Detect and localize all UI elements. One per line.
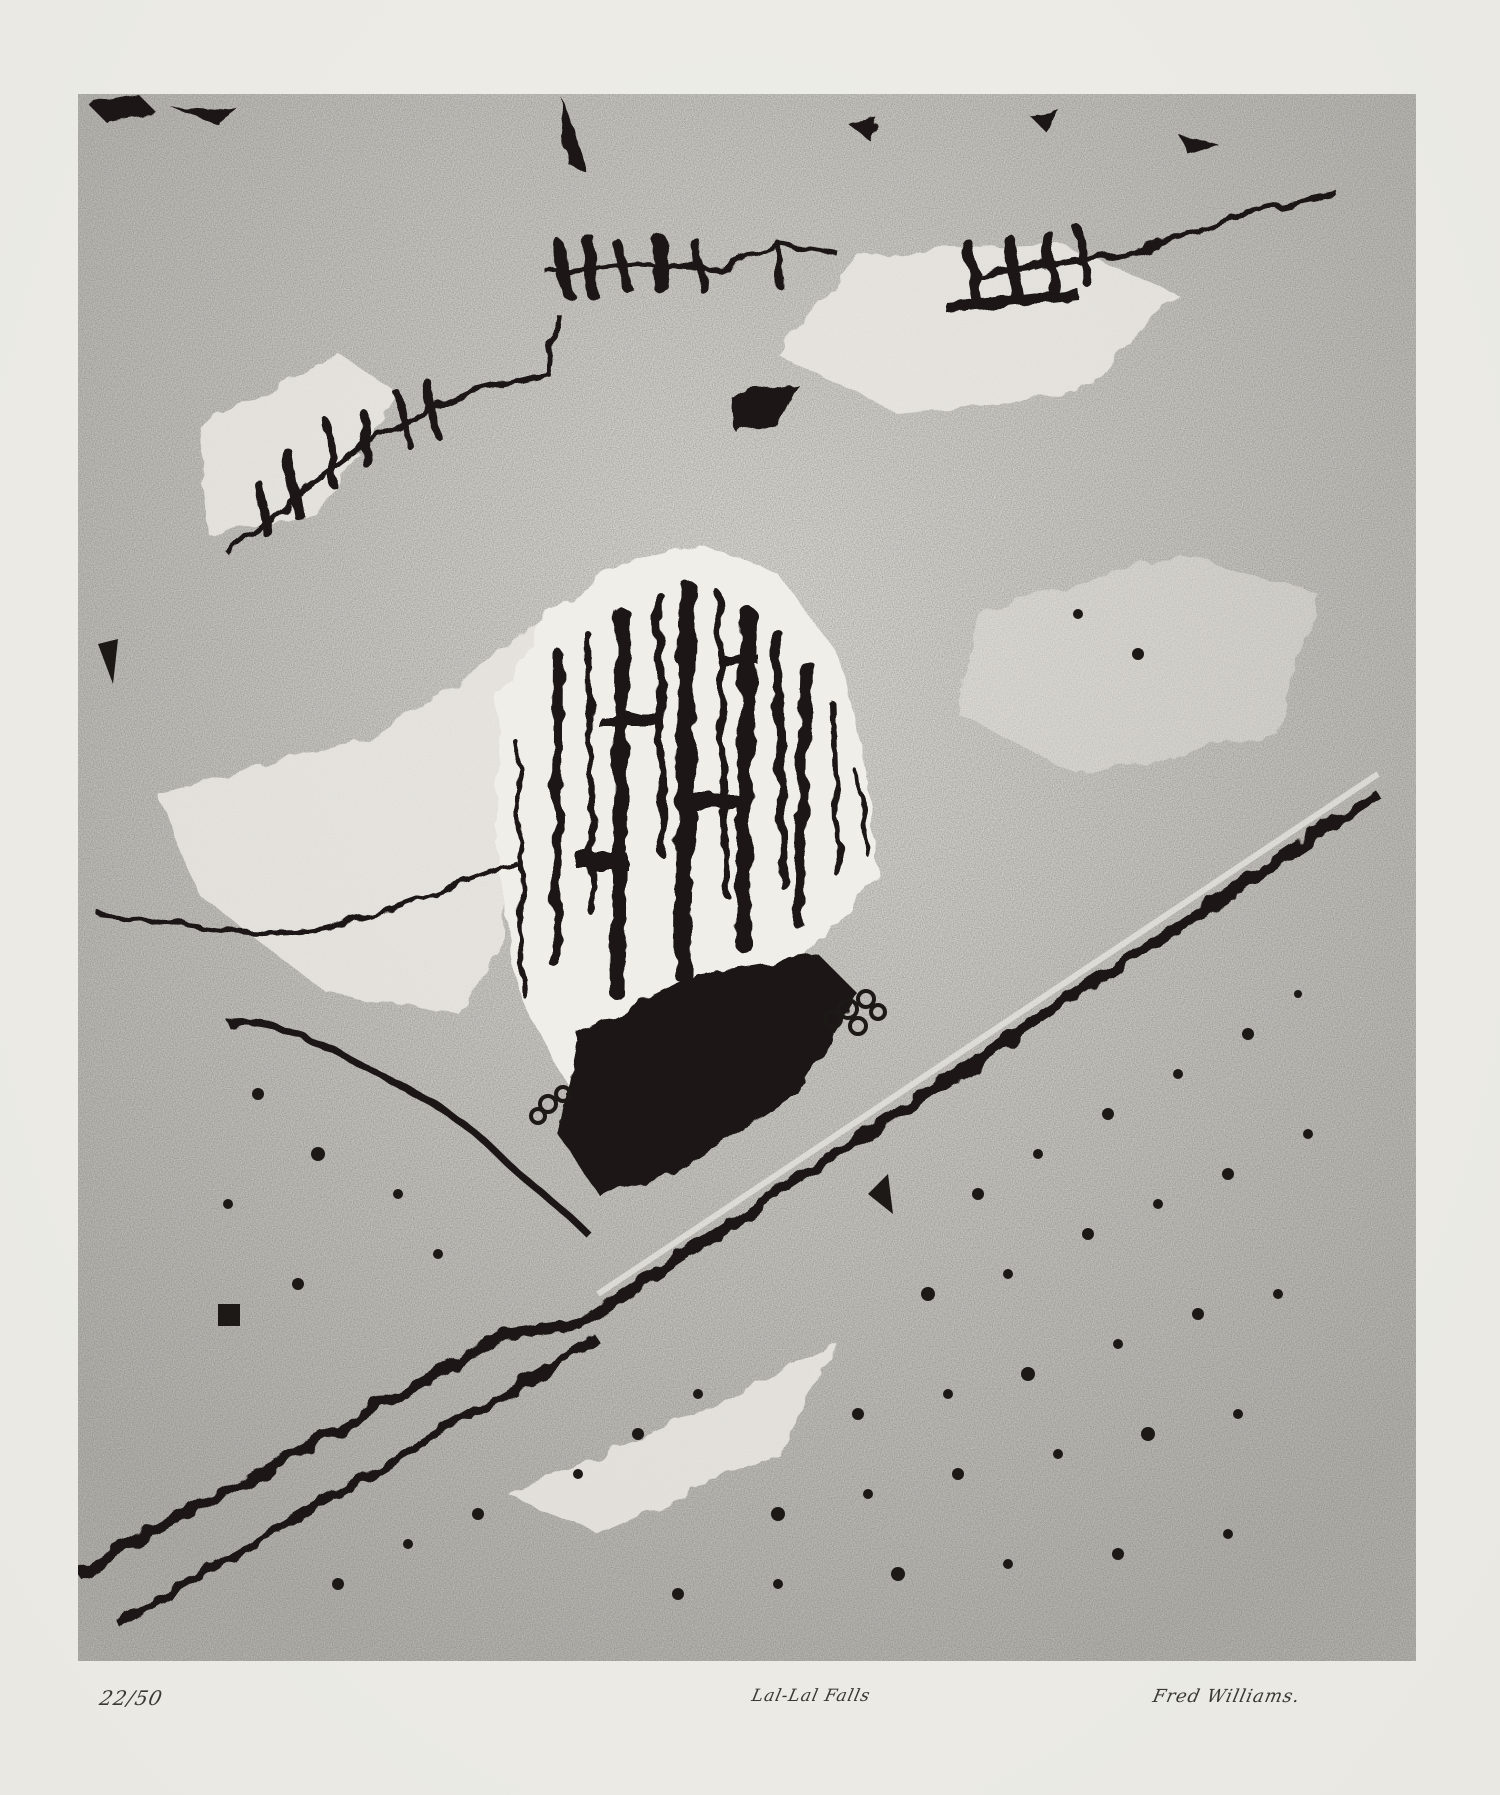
edition-number: 22/50 (97, 1686, 165, 1710)
artwork-title: Lal-Lal Falls (750, 1686, 873, 1706)
lithograph-image (78, 94, 1416, 1661)
lithograph-drawing (78, 94, 1416, 1661)
artist-signature: Fred Williams. (1151, 1686, 1302, 1707)
